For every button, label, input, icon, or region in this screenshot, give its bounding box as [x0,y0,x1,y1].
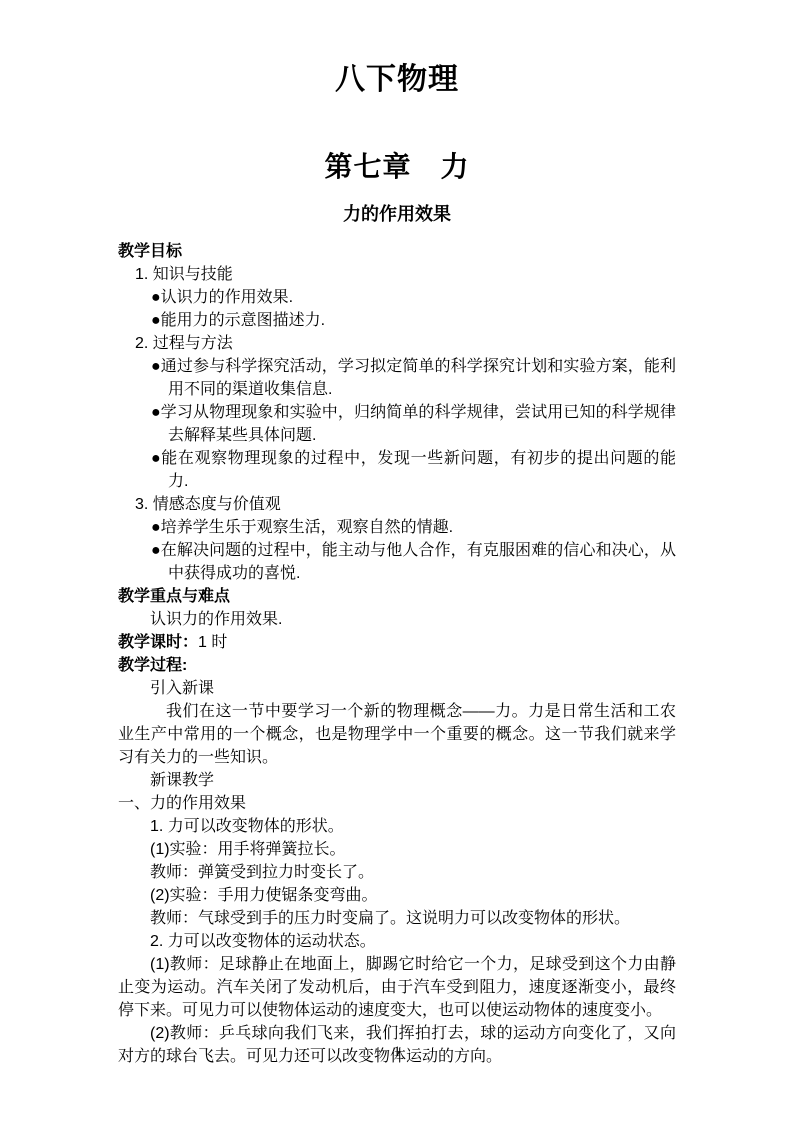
bullet-item: ●能在观察物理现象的过程中，发现一些新问题，有初步的提出问题的能力. [118,447,676,493]
heading-force-effects: 一、力的作用效果 [118,792,676,815]
bullet-item: ●培养学生乐于观察生活，观察自然的情趣. [118,516,676,539]
bullet-item: ●认识力的作用效果. [118,286,676,309]
bullet-item: ●能用力的示意图描述力. [118,309,676,332]
paragraph: 1. 力可以改变物体的形状。 [118,815,676,838]
bullet-item: ●在解决问题的过程中，能主动与他人合作，有克服困难的信心和决心，从中获得成功的喜… [118,539,676,585]
list-item-process-methods: 2. 过程与方法 [118,332,676,355]
paragraph-new-lesson: 新课教学 [118,769,676,792]
paragraph: 我们在这一节中要学习一个新的物理概念——力。力是日常生活和工农业生产中常用的一个… [118,700,676,769]
document-page: 八下物理 第七章 力 力的作用效果 教学目标1. 知识与技能●认识力的作用效果.… [0,0,794,1123]
heading-teaching-objectives: 教学目标 [118,240,676,263]
bullet-item: ●学习从物理现象和实验中，归纳简单的科学规律，尝试用已知的科学规律去解释某些具体… [118,401,676,447]
paragraph-lead-in: 引入新课 [118,677,676,700]
heading-class-hours: 教学课时：1 时 [118,631,676,654]
paragraph: (1)教师：足球静止在地面上，脚踢它时给它一个力，足球受到这个力由静止变为运动。… [118,953,676,1022]
paragraph: 教师：弹簧受到拉力时变长了。 [118,861,676,884]
paragraph: (2)实验：手用力使锯条变弯曲。 [118,884,676,907]
heading-teaching-process: 教学过程: [118,654,676,677]
paragraph: 2. 力可以改变物体的运动状态。 [118,930,676,953]
bullet-item: ●通过参与科学探究活动，学习拟定简单的科学探究计划和实验方案，能利用不同的渠道收… [118,355,676,401]
chapter-title: 第七章 力 [0,145,794,185]
paragraph: 认识力的作用效果. [118,608,676,631]
section-subtitle: 力的作用效果 [0,200,794,226]
content-area: 教学目标1. 知识与技能●认识力的作用效果.●能用力的示意图描述力.2. 过程与… [118,240,676,1068]
heading-key-difficult-points: 教学重点与难点 [118,585,676,608]
document-title: 八下物理 [0,54,794,98]
paragraph: 教师：气球受到手的压力时变扁了。这说明力可以改变物体的形状。 [118,907,676,930]
page-number: 1 [0,1044,794,1061]
paragraph: (1)实验：用手将弹簧拉长。 [118,838,676,861]
list-item-knowledge-skills: 1. 知识与技能 [118,263,676,286]
list-item-emotion-values: 3. 情感态度与价值观 [118,493,676,516]
